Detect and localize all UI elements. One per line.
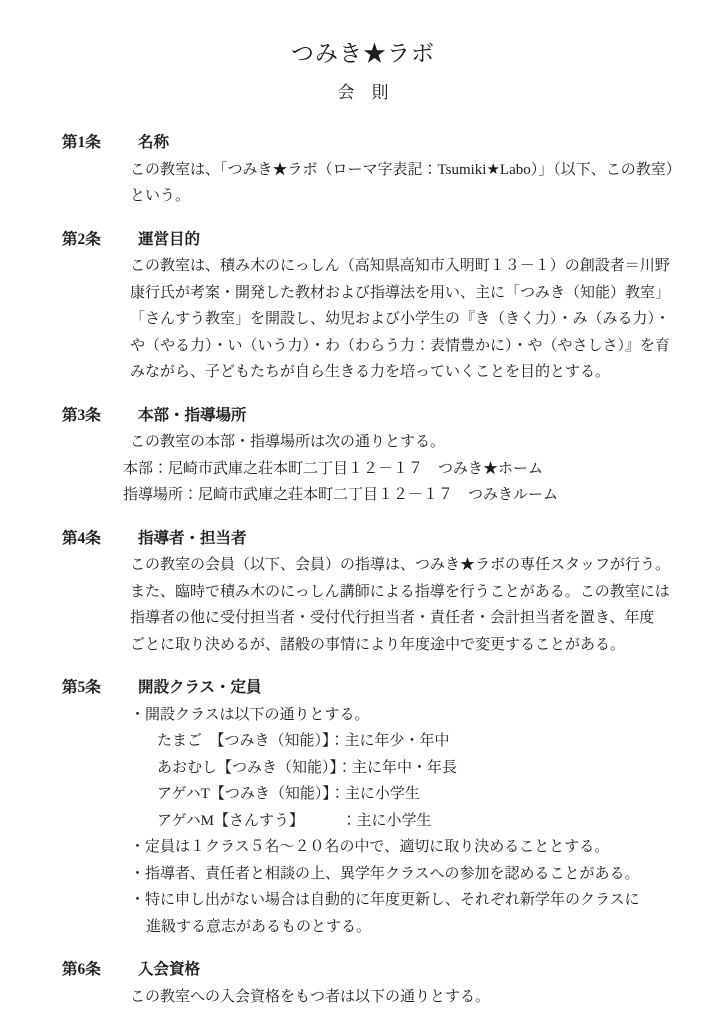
article-2: 第2条 運営目的 この教室は、積み木のにっしん（高知県高知市入明町１３－１）の創… [62, 227, 664, 386]
article-number: 第4条 [62, 526, 138, 553]
document-subtitle: 会 則 [62, 81, 664, 105]
article-1: 第1条 名称 この教室は、「つみき★ラボ（ローマ字表記：Tsumiki★Labo… [62, 130, 664, 210]
article-3: 第3条 本部・指導場所 この教室の本部・指導場所は次の通りとする。 本部：尼崎市… [62, 403, 664, 509]
article-line: また、臨時で積み木のにっしん講師による指導を行うことがある。この教室には [130, 579, 664, 606]
article-header: 第5条 開設クラス・定員 [62, 675, 664, 702]
article-line: 「さんすう教室」を開設し、幼児および小学生の『き（きく力）・み（みる力）・ [130, 306, 664, 333]
article-number: 第5条 [62, 675, 138, 702]
article-line: という。 [130, 183, 664, 210]
article-line: や（やる力）・い（いう力）・わ（わらう力：表情豊かに）・や（やさしさ）』を育 [130, 333, 664, 360]
article-heading: 開設クラス・定員 [138, 675, 262, 702]
article-line: ごとに取り決めるが、諸般の事情により年度途中で変更することがある。 [130, 632, 664, 659]
article-header: 第1条 名称 [62, 130, 664, 157]
article-line-headquarters: 本部：尼崎市武庫之荘本町二丁目１２－１７ つみき★ホーム [123, 456, 664, 483]
article-5: 第5条 開設クラス・定員 ・開設クラスは以下の通りとする。 たまご 【つみき（知… [62, 675, 664, 940]
article-line: この教室は、積み木のにっしん（高知県高知市入明町１３－１）の創設者＝川野 [130, 253, 664, 280]
article-bullet-line: ・定員は１クラス５名～２０名の中で、適切に取り決めることとする。 [130, 834, 664, 861]
article-line-teaching-place: 指導場所：尼崎市武庫之荘本町二丁目１２－１７ つみきルーム [123, 482, 664, 509]
document-page: つみき★ラボ 会 則 第1条 名称 この教室は、「つみき★ラボ（ローマ字表記：T… [0, 0, 724, 1024]
article-bullet-line: ・特に申し出がない場合は自動的に年度更新し、それぞれ新学年のクラスに [130, 887, 664, 914]
articles-list: 第1条 名称 この教室は、「つみき★ラボ（ローマ字表記：Tsumiki★Labo… [62, 130, 664, 1010]
article-6: 第6条 入会資格 この教室への入会資格をもつ者は以下の通りとする。 [62, 957, 664, 1010]
class-list-item: あおむし【つみき（知能）】：主に年中・年長 [157, 755, 664, 782]
article-line: この教室への入会資格をもつ者は以下の通りとする。 [130, 984, 664, 1011]
article-body: ・開設クラスは以下の通りとする。 たまご 【つみき（知能）】：主に年少・年中 あ… [62, 702, 664, 941]
article-header: 第2条 運営目的 [62, 227, 664, 254]
article-heading: 運営目的 [138, 227, 200, 254]
article-line: この教室の会員（以下、会員）の指導は、つみき★ラボの専任スタッフが行う。 [130, 552, 664, 579]
article-number: 第3条 [62, 403, 138, 430]
article-body: この教室の会員（以下、会員）の指導は、つみき★ラボの専任スタッフが行う。 また、… [62, 552, 664, 658]
article-line: 康行氏が考案・開発した教材および指導法を用い、主に「つみき（知能）教室」 [130, 280, 664, 307]
article-header: 第4条 指導者・担当者 [62, 526, 664, 553]
article-heading: 指導者・担当者 [138, 526, 247, 553]
article-header: 第3条 本部・指導場所 [62, 403, 664, 430]
class-list-item: アゲハM【さんすう】 ：主に小学生 [157, 808, 664, 835]
article-number: 第6条 [62, 957, 138, 984]
article-line: この教室は、「つみき★ラボ（ローマ字表記：Tsumiki★Labo）」（以下、こ… [130, 157, 664, 184]
document-title: つみき★ラボ [62, 38, 664, 70]
article-4: 第4条 指導者・担当者 この教室の会員（以下、会員）の指導は、つみき★ラボの専任… [62, 526, 664, 659]
article-line: みながら、子どもたちが自ら生きる力を培っていくことを目的とする。 [130, 359, 664, 386]
class-list-item: アゲハT【つみき（知能）】：主に小学生 [157, 781, 664, 808]
article-line-continuation: 進級する意志があるものとする。 [146, 914, 664, 941]
article-number: 第1条 [62, 130, 138, 157]
article-heading: 本部・指導場所 [138, 403, 247, 430]
article-bullet-line: ・指導者、責任者と相談の上、異学年クラスへの参加を認めることがある。 [130, 861, 664, 888]
article-heading: 名称 [138, 130, 169, 157]
article-body: この教室の本部・指導場所は次の通りとする。 本部：尼崎市武庫之荘本町二丁目１２－… [62, 429, 664, 509]
article-heading: 入会資格 [138, 957, 200, 984]
article-body: この教室は、「つみき★ラボ（ローマ字表記：Tsumiki★Labo）」（以下、こ… [62, 157, 664, 210]
article-body: この教室は、積み木のにっしん（高知県高知市入明町１３－１）の創設者＝川野 康行氏… [62, 253, 664, 386]
article-bullet-line: ・開設クラスは以下の通りとする。 [130, 702, 664, 729]
article-body: この教室への入会資格をもつ者は以下の通りとする。 [62, 984, 664, 1011]
article-header: 第6条 入会資格 [62, 957, 664, 984]
article-line: この教室の本部・指導場所は次の通りとする。 [130, 429, 664, 456]
article-line: 指導者の他に受付担当者・受付代行担当者・責任者・会計担当者を置き、年度 [130, 605, 664, 632]
article-number: 第2条 [62, 227, 138, 254]
class-list-item: たまご 【つみき（知能）】：主に年少・年中 [157, 728, 664, 755]
